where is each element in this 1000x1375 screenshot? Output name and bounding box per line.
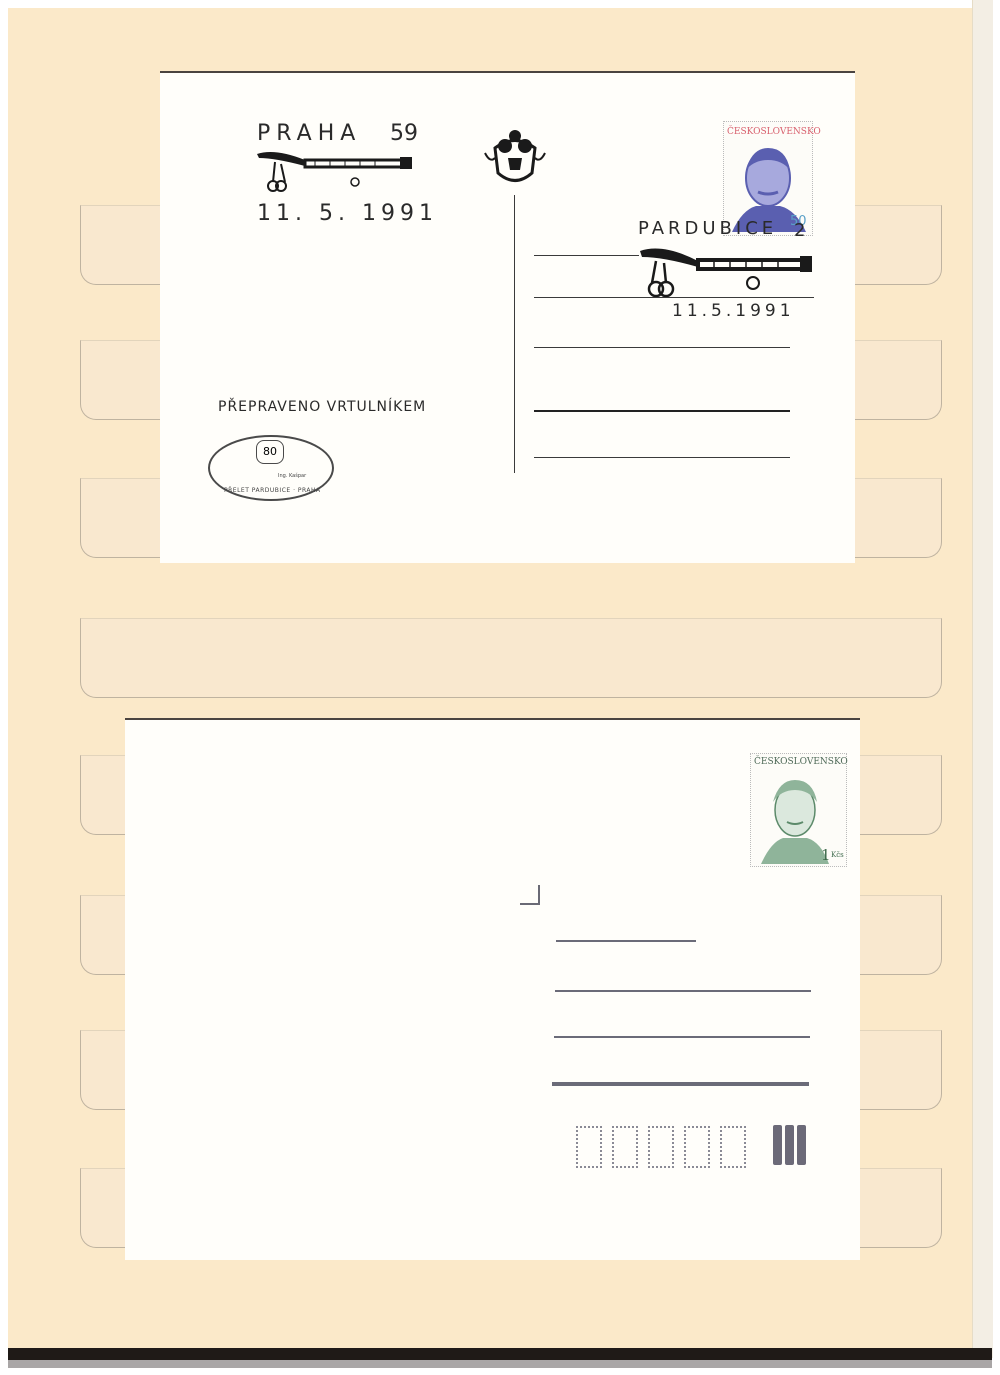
address-line [534, 410, 790, 412]
album-strip [80, 618, 942, 698]
barcode-bar [785, 1125, 794, 1165]
stamp-value: 1 [821, 846, 831, 864]
postmark-date: 11.5.1991 [672, 301, 795, 321]
address-line [534, 347, 790, 348]
postmark-city: PARDUBICE [638, 218, 777, 239]
seal-signature: Ing. Kašpar [278, 473, 306, 479]
album-bottom-edge [8, 1348, 992, 1360]
zip-box [720, 1126, 746, 1168]
barcode-bar [797, 1125, 806, 1165]
cachet-code: 59 [390, 121, 418, 146]
address-line [556, 940, 696, 942]
stamp-country: ČESKOSLOVENSKO [727, 127, 821, 137]
corner-mark [520, 885, 540, 905]
stamp-country: ČESKOSLOVENSKO [754, 757, 848, 767]
address-line [534, 255, 639, 256]
zip-box [648, 1126, 674, 1168]
album-shadow [8, 1360, 992, 1368]
transport-note: PŘEPRAVENO VRTULNÍKEM [218, 399, 426, 415]
cachet-city: PRAHA [257, 121, 361, 146]
envelope: ČESKOSLOVENSKO 1 Kčs [125, 720, 860, 1260]
postmark-code: 2 [794, 220, 805, 241]
address-line [552, 1082, 809, 1086]
stamp: ČESKOSLOVENSKO 1 Kčs [750, 753, 847, 867]
zip-box [576, 1126, 602, 1168]
address-line [554, 1036, 810, 1038]
divider-line [514, 195, 515, 473]
seal-ring-text: PŘELET PARDUBICE · PRAHA [224, 487, 321, 494]
address-line [555, 990, 811, 992]
airplane-icon [638, 243, 813, 303]
postcard: PRAHA 59 11. 5. 1991 PŘEPRAVENO VRTULNÍK… [160, 73, 855, 563]
zip-box [612, 1126, 638, 1168]
stamp-unit: Kčs [831, 851, 844, 859]
album-edge [972, 0, 993, 1358]
airplane-icon [255, 148, 415, 198]
cachet-date: 11. 5. 1991 [257, 201, 438, 226]
zip-box [684, 1126, 710, 1168]
address-line [534, 297, 814, 298]
barcode-bar [773, 1125, 782, 1165]
seal-number: 80 [256, 440, 284, 464]
coat-of-arms-icon [480, 128, 550, 193]
commemorative-seal: 80 Ing. Kašpar PŘELET PARDUBICE · PRAHA [208, 435, 334, 501]
address-line [534, 457, 790, 458]
